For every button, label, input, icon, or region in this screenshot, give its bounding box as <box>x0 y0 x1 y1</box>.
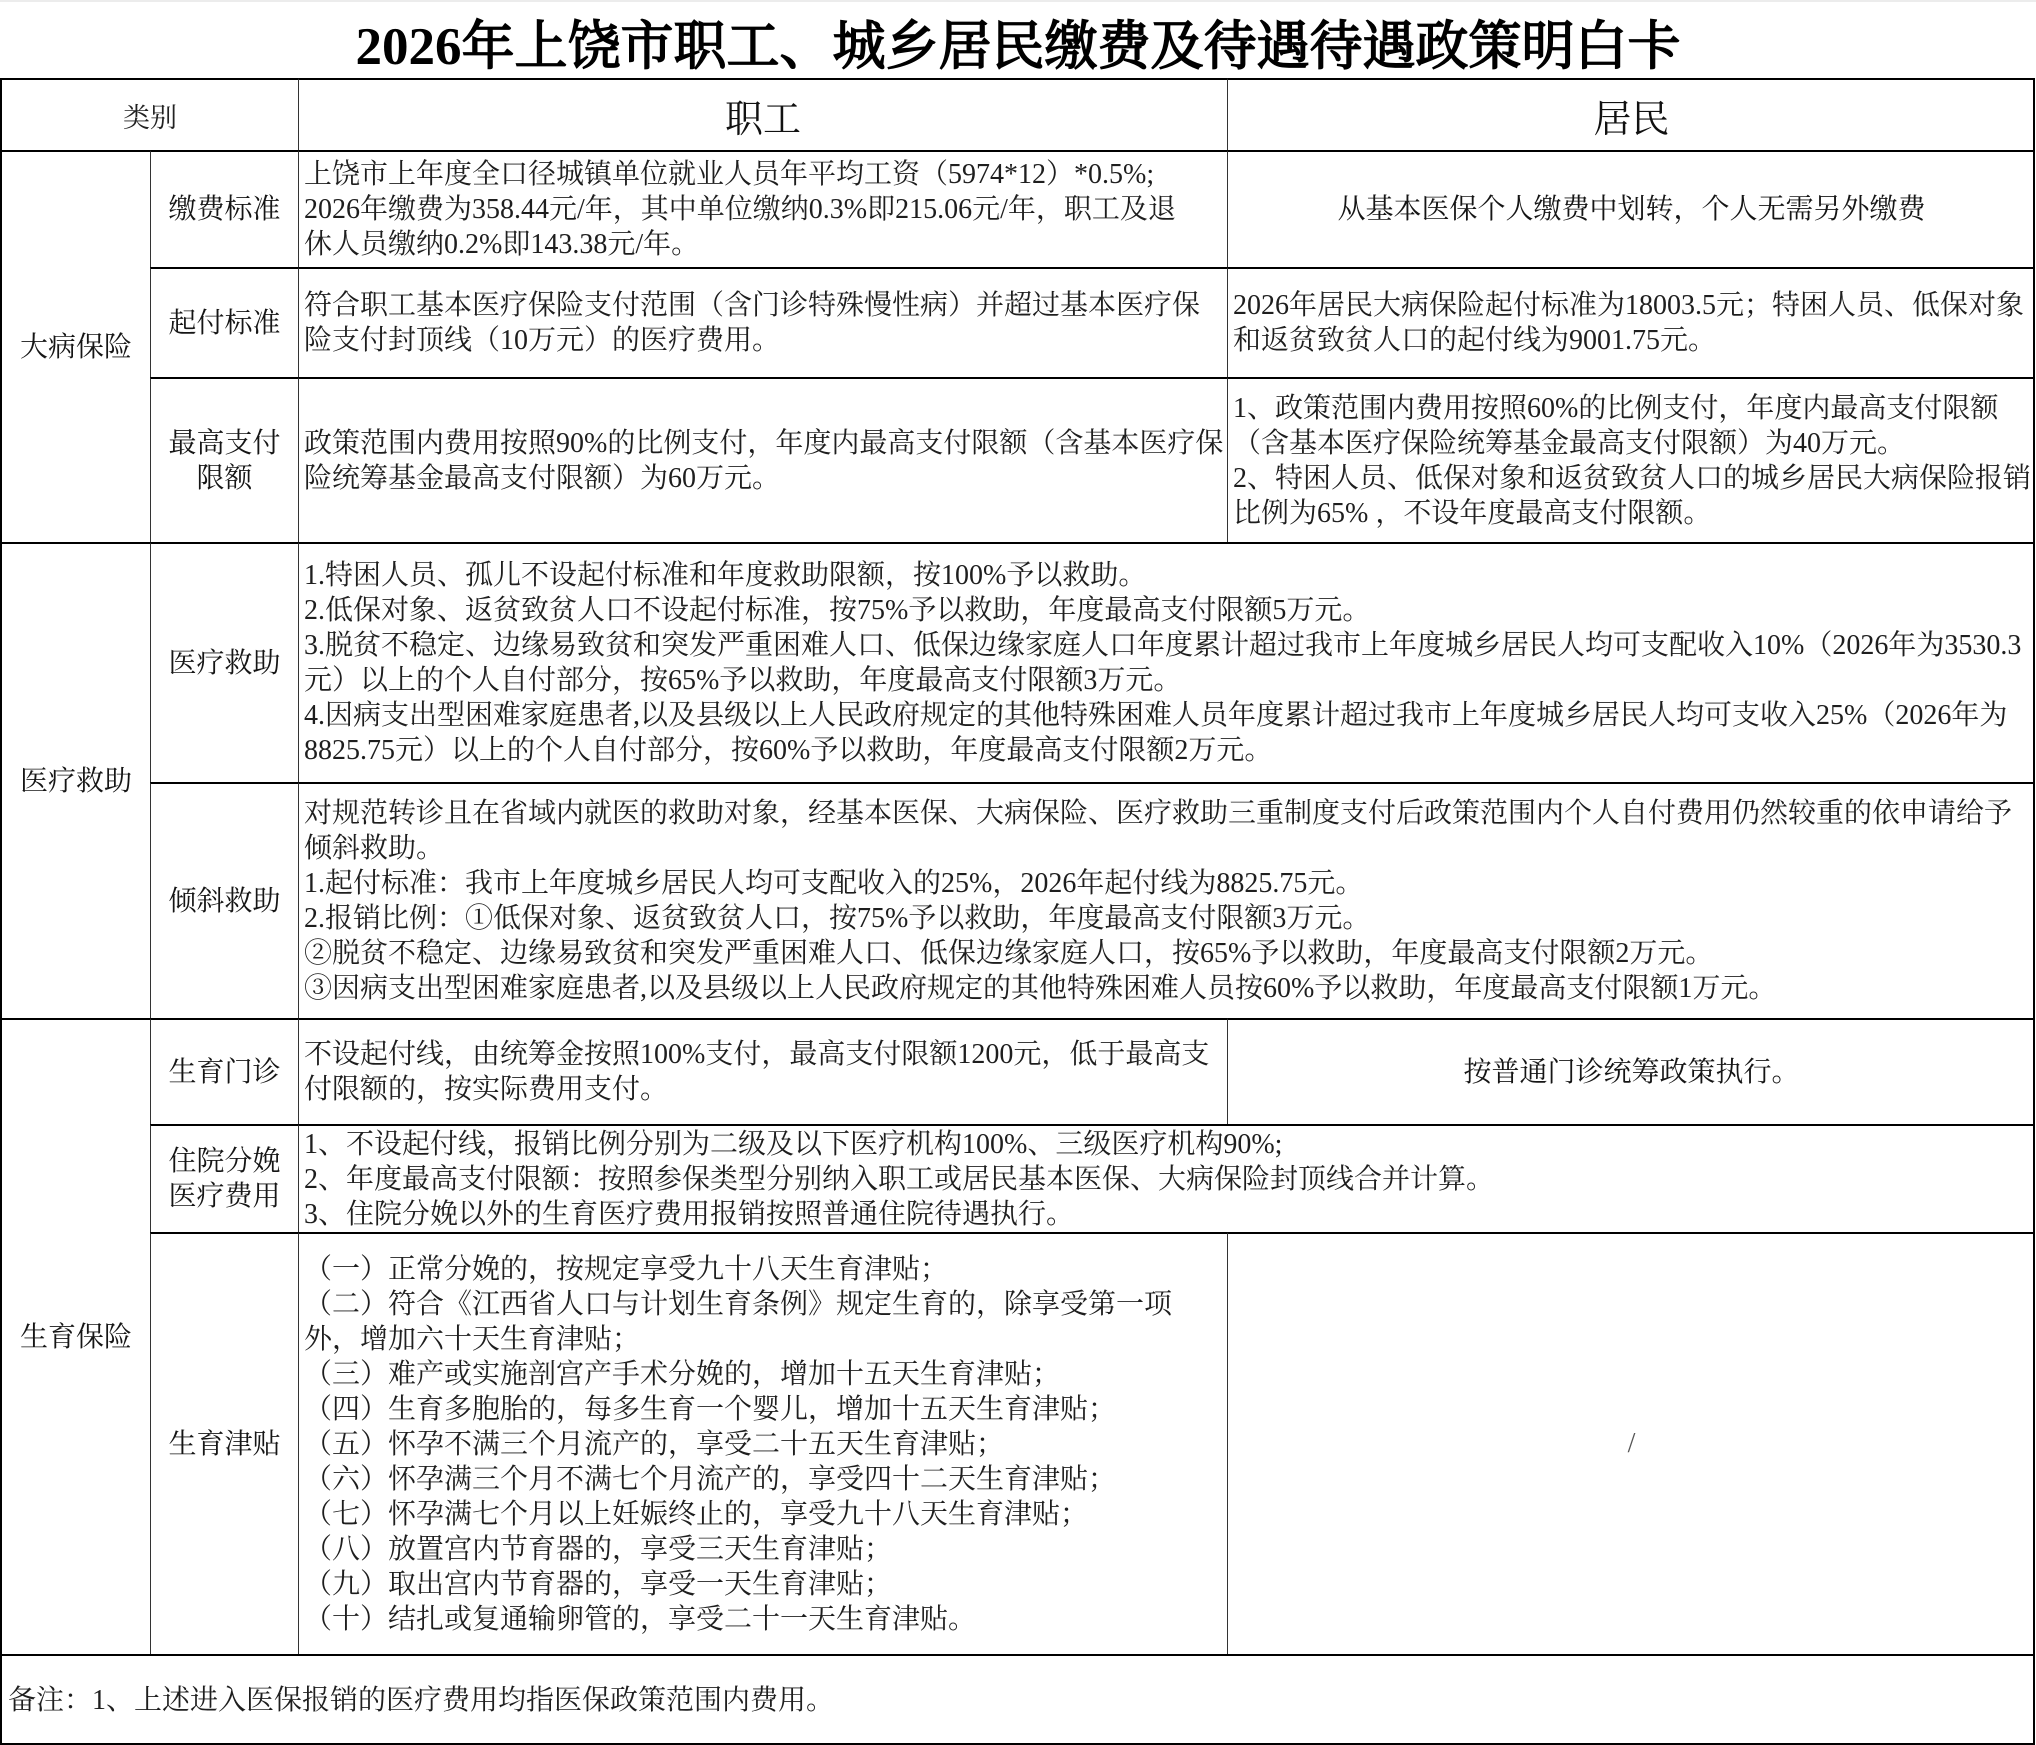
cell-employee-deductible: 符合职工基本医疗保险支付范围（含门诊特殊慢性病）并超过基本医疗保 险支付封顶线（… <box>298 267 1227 377</box>
header-employee: 职工 <box>298 78 1227 150</box>
header-category-label: 类别 <box>123 96 177 135</box>
cell-resident-deductible: 2026年居民大病保险起付标准为18003.5元；特困人员、低保对象 和返贫致贫… <box>1227 267 2035 377</box>
row-label-contribution-standard: 缴费标准 <box>150 150 298 267</box>
note-text: 备注：1、上述进入医保报销的医疗费用均指医保政策范围内费用。 <box>2 1683 834 1718</box>
cell-text: 1.特困人员、孤儿不设起付标准和年度救助限额，按100%予以救助。 2.低保对象… <box>299 558 2021 768</box>
cell-shared-hospital-delivery: 1、不设起付线，报销比例分别为二级及以下医疗机构100%、三级医疗机构90%; … <box>298 1124 2035 1232</box>
row-label: 起付标准 <box>168 306 280 341</box>
row-label: 最高支付 限额 <box>168 426 280 496</box>
row-label: 倾斜救助 <box>168 884 280 919</box>
row-label-hospital-delivery: 住院分娩 医疗费用 <box>150 1124 298 1232</box>
row-label-max-payment: 最高支付 限额 <box>150 377 298 542</box>
cell-text: 按普通门诊统筹政策执行。 <box>1463 1055 1799 1090</box>
row-label: 缴费标准 <box>168 192 280 227</box>
row-label: 生育津贴 <box>168 1427 280 1462</box>
cell-employee-maternity-allowance: （一）正常分娩的，按规定享受九十八天生育津贴； （二）符合《江西省人口与计划生育… <box>298 1232 1227 1654</box>
row-label-maternity-outpatient: 生育门诊 <box>150 1018 298 1124</box>
cell-text: 2026年居民大病保险起付标准为18003.5元；特困人员、低保对象 和返贫致贫… <box>1228 288 2024 358</box>
header-resident: 居民 <box>1227 78 2035 150</box>
row-label: 生育门诊 <box>168 1055 280 1090</box>
cell-employee-maternity-outpatient: 不设起付线，由统筹金按照100%支付，最高支付限额1200元，低于最高支 付限额… <box>298 1018 1227 1124</box>
header-resident-label: 居民 <box>1593 88 1669 143</box>
cell-resident-maternity-outpatient: 按普通门诊统筹政策执行。 <box>1227 1018 2035 1124</box>
section-label: 医疗救助 <box>20 764 132 799</box>
cell-text: 1、政策范围内费用按照60%的比例支付，年度内最高支付限额 （含基本医疗保险统筹… <box>1228 391 2031 531</box>
cell-employee-contribution: 上饶市上年度全口径城镇单位就业人员年平均工资（5974*12）*0.5%; 20… <box>298 150 1227 267</box>
cell-text: 符合职工基本医疗保险支付范围（含门诊特殊慢性病）并超过基本医疗保 险支付封顶线（… <box>299 288 1200 358</box>
cell-text: （一）正常分娩的，按规定享受九十八天生育津贴； （二）符合《江西省人口与计划生育… <box>299 1252 1172 1637</box>
cell-text: 不设起付线，由统筹金按照100%支付，最高支付限额1200元，低于最高支 付限额… <box>299 1037 1209 1107</box>
cell-shared-tilted-assistance: 对规范转诊且在省域内就医的救助对象，经基本医保、大病保险、医疗救助三重制度支付后… <box>298 782 2035 1018</box>
cell-text: 对规范转诊且在省域内就医的救助对象，经基本医保、大病保险、医疗救助三重制度支付后… <box>299 796 2012 1006</box>
note-row: 备注：1、上述进入医保报销的医疗费用均指医保政策范围内费用。 <box>0 1654 2035 1745</box>
section-critical-illness: 大病保险 <box>0 150 150 542</box>
not-applicable-mark: / <box>1628 1428 1636 1460</box>
section-medical-assistance: 医疗救助 <box>0 542 150 1018</box>
header-category: 类别 <box>0 78 298 150</box>
row-label-deductible-standard: 起付标准 <box>150 267 298 377</box>
row-label-maternity-allowance: 生育津贴 <box>150 1232 298 1654</box>
cell-resident-contribution: 从基本医保个人缴费中划转，个人无需另外缴费 <box>1227 150 2035 267</box>
row-label-tilted-assistance: 倾斜救助 <box>150 782 298 1018</box>
cell-shared-medical-assistance: 1.特困人员、孤儿不设起付标准和年度救助限额，按100%予以救助。 2.低保对象… <box>298 542 2035 782</box>
cell-text: 1、不设起付线，报销比例分别为二级及以下医疗机构100%、三级医疗机构90%; … <box>299 1127 1494 1232</box>
header-employee-label: 职工 <box>725 88 801 143</box>
cell-employee-max-payment: 政策范围内费用按照90%的比例支付，年度内最高支付限额（含基本医疗保 险统筹基金… <box>298 377 1227 542</box>
cell-text: 政策范围内费用按照90%的比例支付，年度内最高支付限额（含基本医疗保 险统筹基金… <box>299 426 1223 496</box>
section-label: 大病保险 <box>20 330 132 365</box>
page-title: 2026年上饶市职工、城乡居民缴费及待遇待遇政策明白卡 <box>0 0 2036 78</box>
row-label: 医疗救助 <box>168 646 280 681</box>
row-label: 住院分娩 医疗费用 <box>168 1144 280 1214</box>
cell-resident-maternity-allowance: / <box>1227 1232 2035 1654</box>
cell-text: 上饶市上年度全口径城镇单位就业人员年平均工资（5974*12）*0.5%; 20… <box>299 157 1176 262</box>
cell-text: 从基本医保个人缴费中划转，个人无需另外缴费 <box>1337 192 1925 227</box>
row-label-medical-assistance: 医疗救助 <box>150 542 298 782</box>
section-maternity-insurance: 生育保险 <box>0 1018 150 1654</box>
section-label: 生育保险 <box>20 1320 132 1355</box>
cell-resident-max-payment: 1、政策范围内费用按照60%的比例支付，年度内最高支付限额 （含基本医疗保险统筹… <box>1227 377 2035 542</box>
